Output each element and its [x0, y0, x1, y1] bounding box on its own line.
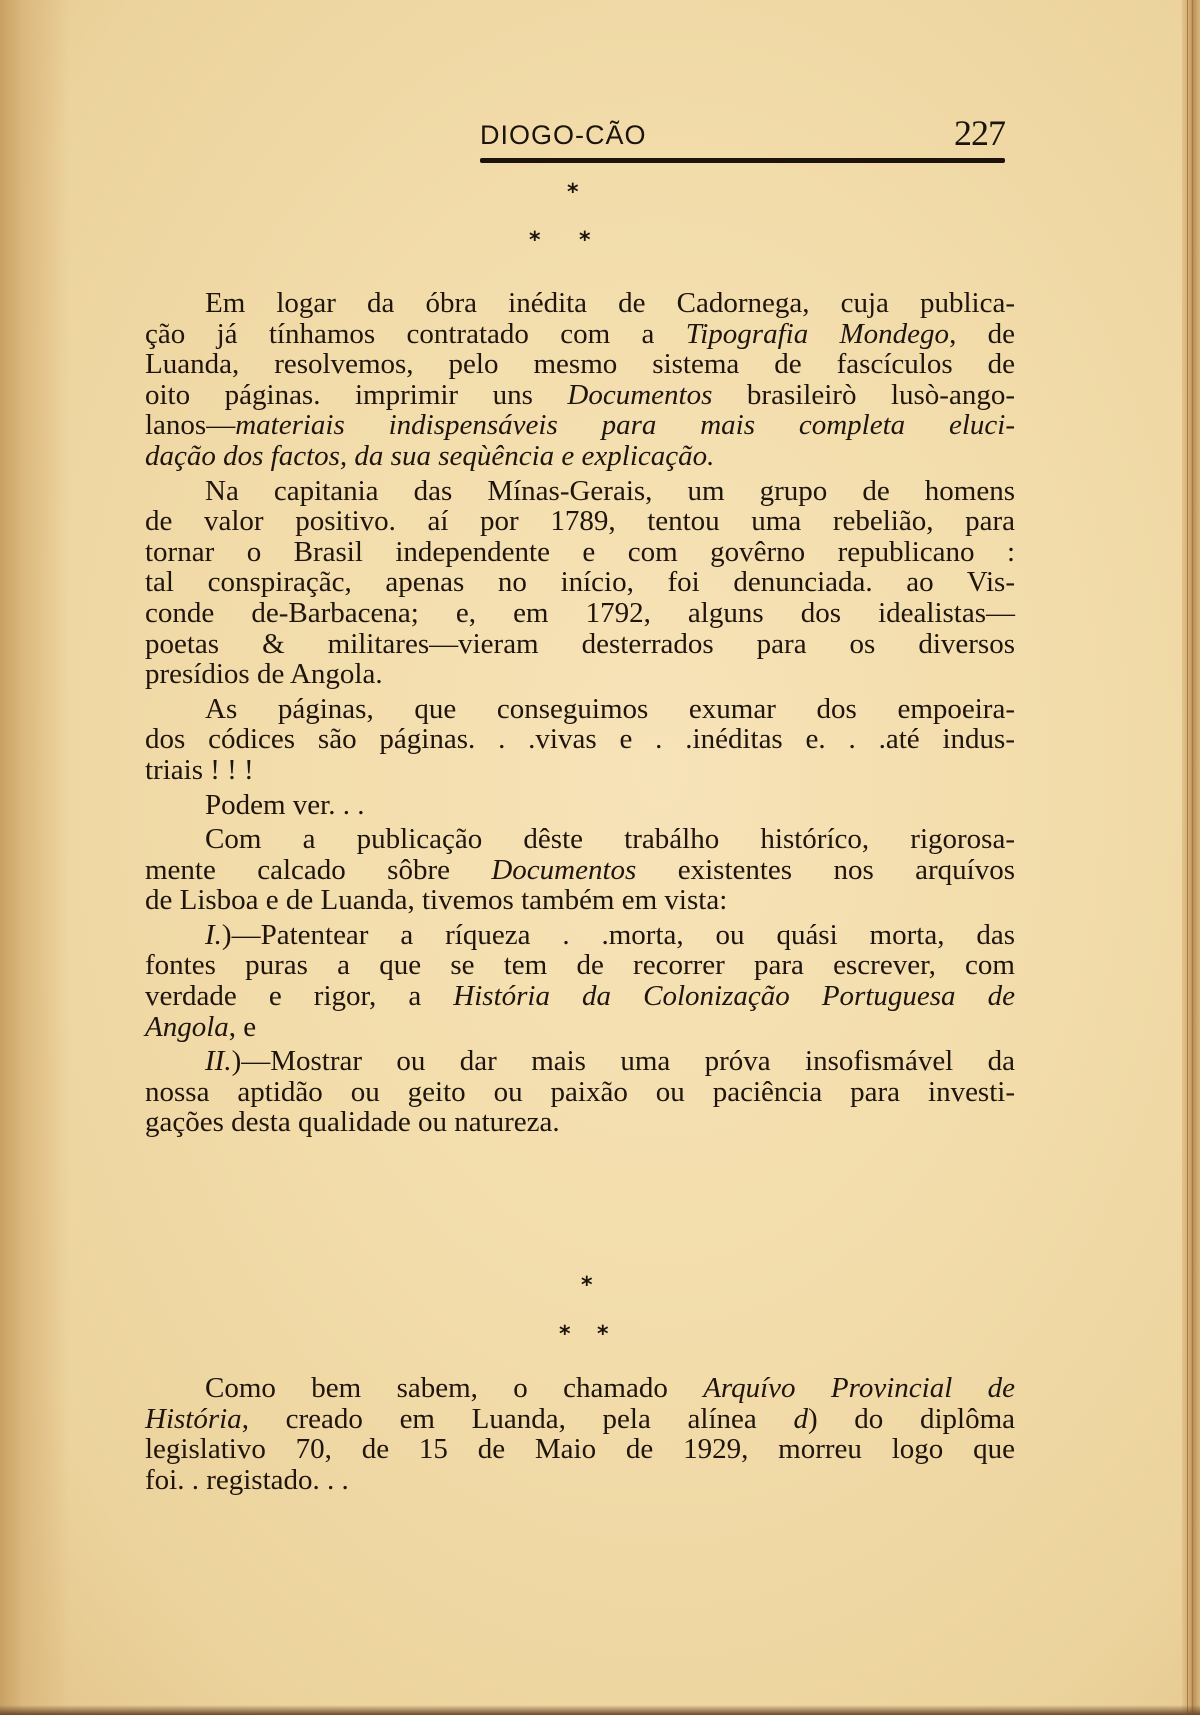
text-run: mente calcado sôbre — [145, 854, 491, 886]
text-run: de valor positivo. aí por 1789, tentou u… — [145, 505, 1015, 537]
text-run: verdade e rigor, a — [145, 980, 453, 1012]
italic-text: Arquívo Provincial de — [703, 1372, 1015, 1404]
text-run: triais ! ! ! — [145, 754, 254, 786]
text-run: ção já tínhamos contratado com a — [145, 318, 686, 350]
text-run: fontes puras a que se tem de recorrer pa… — [145, 949, 1015, 981]
text-run: Em logar da óbra inédita de Cadornega, c… — [205, 287, 1015, 319]
text-run: lanos— — [145, 409, 235, 441]
italic-text: I. — [205, 919, 222, 951]
text-line: Luanda, resolvemos, pelo mesmo sistema d… — [145, 349, 1015, 380]
text-line: presídios de Angola. — [145, 659, 1015, 690]
text-line: tal conspiraçãc, apenas no início, foi d… — [145, 567, 1015, 598]
dinkus-asterisk: * — [529, 228, 541, 253]
text-line: fontes puras a que se tem de recorrer pa… — [145, 950, 1015, 981]
final-paragraph-block: Como bem sabem, o chamado Arquívo Provin… — [145, 1373, 1015, 1495]
dinkus-asterisk: * — [579, 228, 591, 253]
text-run: Podem ver. . . — [205, 789, 365, 821]
text-run: conde de-Barbacena; e, em 1792, alguns d… — [145, 597, 1015, 629]
text-line: legislativo 70, de 15 de Maio de 1929, m… — [145, 1434, 1015, 1465]
text-line: de valor positivo. aí por 1789, tentou u… — [145, 506, 1015, 537]
text-run: tornar o Brasil independente e com govêr… — [145, 536, 1015, 568]
text-line: dos códices são páginas. . .vivas e . .i… — [145, 724, 1015, 755]
text-line: Podem ver. . . — [145, 790, 1015, 821]
text-line: de Lisboa e de Luanda, tivemos também em… — [145, 885, 1015, 916]
text-line: Na capitania das Mínas-Gerais, um grupo … — [145, 476, 1015, 507]
text-line: poetas & militares—vieram desterrados pa… — [145, 629, 1015, 660]
paragraph: As páginas, que conseguimos exumar dos e… — [145, 694, 1015, 786]
page-edge — [1182, 0, 1200, 1715]
text-line: mente calcado sôbre Documentos existente… — [145, 855, 1015, 886]
text-line: Com a publicação dêste trabálho históríc… — [145, 824, 1015, 855]
text-run: nossa aptidão ou geito ou paixão ou paci… — [145, 1076, 1015, 1108]
paragraph: II.)—Mostrar ou dar mais uma próva insof… — [145, 1046, 1015, 1138]
book-page: DIOGO-CÃO 227 * * * Em logar da óbra iné… — [0, 0, 1200, 1715]
text-line: I.)—Patentear a ríqueza . .morta, ou quá… — [145, 920, 1015, 951]
text-line: conde de-Barbacena; e, em 1792, alguns d… — [145, 598, 1015, 629]
text-run: existentes nos arquívos — [636, 854, 1015, 886]
header-rule — [480, 158, 1005, 163]
bottom-edge-shadow — [0, 1705, 1200, 1715]
text-line: gações desta qualidade ou natureza. — [145, 1107, 1015, 1138]
gutter-shadow — [0, 0, 70, 1715]
text-run: legislativo 70, de 15 de Maio de 1929, m… — [145, 1433, 1015, 1465]
dinkus-asterisk: * — [567, 180, 579, 205]
text-run: As páginas, que conseguimos exumar dos e… — [205, 693, 1015, 725]
text-line: ção já tínhamos contratado com a Tipogra… — [145, 319, 1015, 350]
text-run: Como bem sabem, o chamado — [205, 1372, 703, 1404]
italic-text: materiais indispensáveis para mais compl… — [235, 409, 1015, 441]
paragraph: Na capitania das Mínas-Gerais, um grupo … — [145, 476, 1015, 690]
text-run: , creado em Luanda, pela alínea — [242, 1403, 794, 1435]
text-run: foi. . registado. . . — [145, 1464, 349, 1496]
italic-text: dação dos factos, da sua seqùência e exp… — [145, 440, 714, 472]
paragraph: Em logar da óbra inédita de Cadornega, c… — [145, 288, 1015, 472]
text-run: )—Mostrar ou dar mais uma próva insofism… — [232, 1045, 1015, 1077]
text-run: Com a publicação dêste trabálho históríc… — [205, 823, 1015, 855]
text-line: Angola, e — [145, 1012, 1015, 1043]
running-title: DIOGO-CÃO — [480, 120, 647, 151]
text-run: Luanda, resolvemos, pelo mesmo sistema d… — [145, 348, 1015, 380]
paragraph: Com a publicação dêste trabálho históríc… — [145, 824, 1015, 916]
text-line: História, creado em Luanda, pela alínea … — [145, 1404, 1015, 1435]
text-run: , e — [229, 1011, 256, 1043]
italic-text: II. — [205, 1045, 232, 1077]
text-line: triais ! ! ! — [145, 755, 1015, 786]
text-line: dação dos factos, da sua seqùência e exp… — [145, 441, 1015, 472]
dinkus-asterisk: * — [581, 1273, 593, 1298]
paragraph: Como bem sabem, o chamado Arquívo Provin… — [145, 1373, 1015, 1495]
text-line: II.)—Mostrar ou dar mais uma próva insof… — [145, 1046, 1015, 1077]
text-run: tal conspiraçãc, apenas no início, foi d… — [145, 566, 1015, 598]
paragraph: Podem ver. . . — [145, 790, 1015, 821]
text-run: poetas & militares—vieram desterrados pa… — [145, 628, 1015, 660]
italic-text: d — [793, 1403, 808, 1435]
text-run: presídios de Angola. — [145, 658, 383, 690]
text-run: de Lisboa e de Luanda, tivemos também em… — [145, 884, 727, 916]
body-text: Em logar da óbra inédita de Cadornega, c… — [145, 288, 1015, 1138]
italic-text: História da Colonização Portuguesa de — [453, 980, 1015, 1012]
text-run: , de — [949, 318, 1015, 350]
italic-text: História — [145, 1403, 242, 1435]
text-run: dos códices são páginas. . .vivas e . .i… — [145, 723, 1015, 755]
italic-text: Documentos — [491, 854, 636, 886]
text-run: brasileirò lusò-ango- — [712, 379, 1015, 411]
text-line: Como bem sabem, o chamado Arquívo Provin… — [145, 1373, 1015, 1404]
dinkus-asterisk: * — [597, 1322, 609, 1347]
text-line: lanos—materiais indispensáveis para mais… — [145, 410, 1015, 441]
text-line: tornar o Brasil independente e com govêr… — [145, 537, 1015, 568]
text-line: nossa aptidão ou geito ou paixão ou paci… — [145, 1077, 1015, 1108]
italic-text: Documentos — [567, 379, 712, 411]
italic-text: Angola — [145, 1011, 229, 1043]
text-run: gações desta qualidade ou natureza. — [145, 1106, 560, 1138]
text-line: foi. . registado. . . — [145, 1465, 1015, 1496]
running-header: DIOGO-CÃO 227 — [480, 118, 1005, 158]
text-run: )—Patentear a ríqueza . .morta, ou quási… — [222, 919, 1015, 951]
dinkus-asterisk: * — [559, 1322, 571, 1347]
paragraph: I.)—Patentear a ríqueza . .morta, ou quá… — [145, 920, 1015, 1042]
text-run: Na capitania das Mínas-Gerais, um grupo … — [205, 475, 1015, 507]
text-line: Em logar da óbra inédita de Cadornega, c… — [145, 288, 1015, 319]
page-number: 227 — [954, 112, 1005, 154]
text-line: oito páginas. imprimir uns Documentos br… — [145, 380, 1015, 411]
text-run: oito páginas. imprimir uns — [145, 379, 567, 411]
text-run: ) do diplôma — [808, 1403, 1015, 1435]
text-line: As páginas, que conseguimos exumar dos e… — [145, 694, 1015, 725]
text-line: verdade e rigor, a História da Colonizaç… — [145, 981, 1015, 1012]
italic-text: Tipografia Mondego — [686, 318, 949, 350]
